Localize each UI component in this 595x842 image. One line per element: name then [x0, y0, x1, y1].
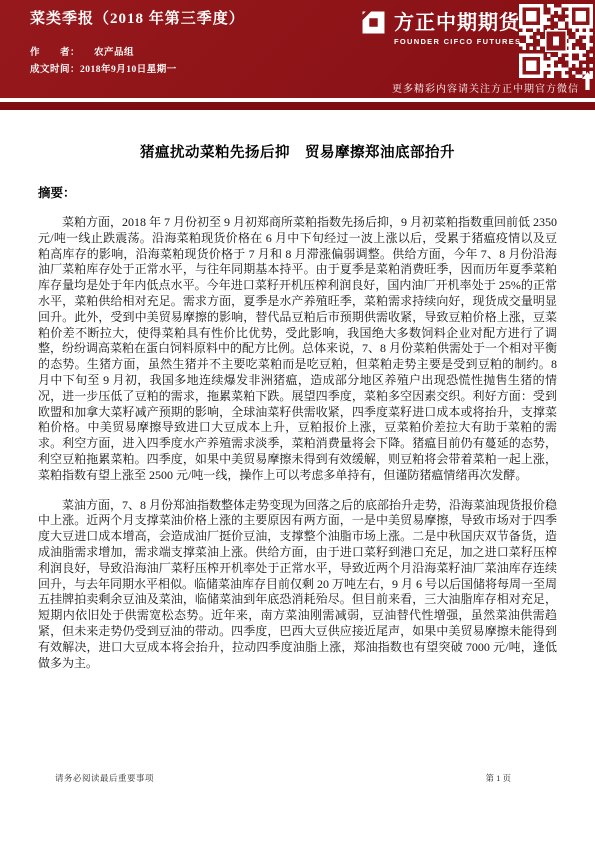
date-row: 成文时间：2018年9月10日星期一 — [30, 62, 177, 79]
brand-name-en: FOUNDER CIFCO FUTURES — [394, 37, 521, 46]
page-number: 第 1 页 — [485, 772, 511, 784]
brand-text: 方正中期期货 FOUNDER CIFCO FUTURES — [394, 6, 521, 46]
divider-bar — [0, 102, 595, 110]
abstract-label: 摘要： — [38, 183, 557, 201]
report-page: 菜类季报（2018 年第三季度） 作 者：农产品组 成文时间：2018年9月10… — [0, 0, 595, 842]
footer-disclaimer: 请务必阅读最后重要事项 — [55, 772, 154, 784]
author-label: 作 者： — [30, 48, 80, 58]
header-band: 菜类季报（2018 年第三季度） 作 者：农产品组 成文时间：2018年9月10… — [0, 0, 595, 98]
paragraph-rapeseed-meal: 菜粕方面，2018 年 7 月份初至 9 月初郑商所菜粕指数先扬后抑，9 月初菜… — [38, 215, 557, 484]
wechat-notice-text: 更多精彩内容请关注方正中期官方微信 — [392, 80, 579, 95]
paragraph-rapeseed-oil: 菜油方面，7、8 月份郑油指数整体走势变现为回落之后的底部抬升走势，沿海菜油现货… — [38, 498, 557, 672]
document-body: 猪瘟扰动菜粕先扬后抑 贸易摩擦郑油底部抬升 摘要： 菜粕方面，2018 年 7 … — [38, 110, 557, 671]
report-meta: 作 者：农产品组 成文时间：2018年9月10日星期一 — [30, 45, 177, 79]
wechat-qr-code — [519, 3, 593, 79]
author-value: 农产品组 — [94, 48, 134, 58]
report-title: 菜类季报（2018 年第三季度） — [30, 7, 245, 28]
date-value: 2018年9月10日星期一 — [80, 65, 177, 75]
page-title: 猪瘟扰动菜粕先扬后抑 贸易摩擦郑油底部抬升 — [38, 141, 557, 162]
brand-name-cn: 方正中期期货 — [394, 6, 521, 35]
author-row: 作 者：农产品组 — [30, 45, 177, 62]
date-label: 成文时间： — [30, 65, 80, 75]
brand-logo: 方正中期期货 FOUNDER CIFCO FUTURES — [360, 6, 521, 46]
founder-logo-icon — [360, 9, 387, 36]
up-arrow-icon — [582, 72, 593, 95]
wechat-notice: 更多精彩内容请关注方正中期官方微信 — [392, 72, 581, 95]
